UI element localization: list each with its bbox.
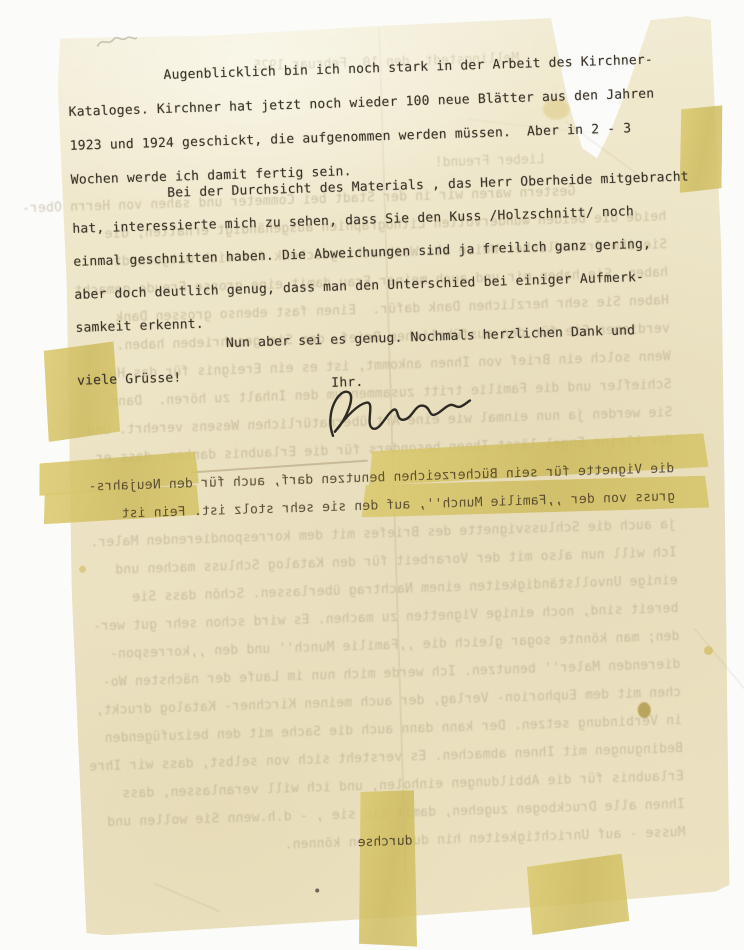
scanned-letter: Mellingstedt, den 10. Februar 1925 Liebe… <box>54 12 742 936</box>
tape-piece-bottom-square <box>525 854 630 936</box>
tape-piece-bottom-vertical <box>358 790 417 948</box>
bleedthrough-fragment-text: durchse <box>357 828 413 858</box>
signature-scrawl <box>315 377 487 448</box>
pencil-mark <box>94 32 139 53</box>
bleedthrough-fragment-on-tape: durchse <box>357 827 416 857</box>
